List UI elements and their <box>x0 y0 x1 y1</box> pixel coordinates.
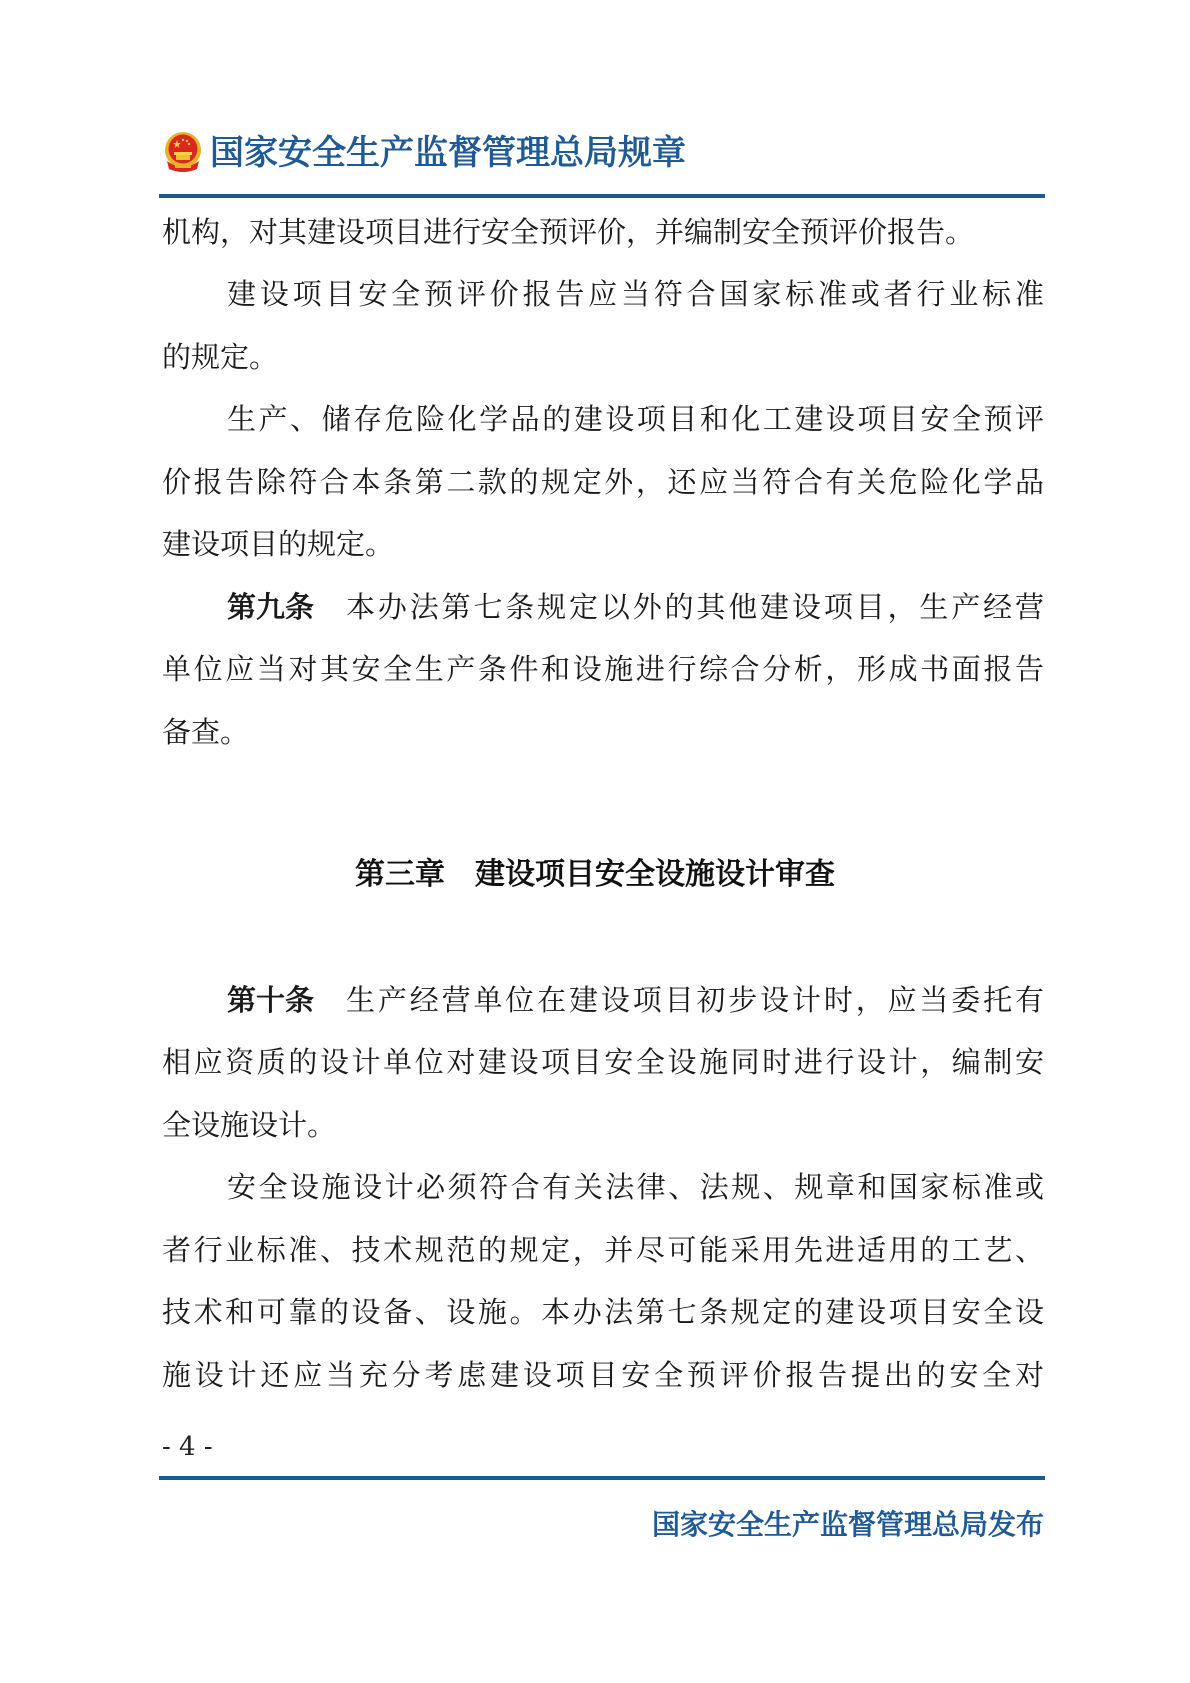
text-line: 单位应当对其安全生产条件和设施进行综合分析，形成书面报告 <box>162 651 1044 687</box>
footer-rule <box>159 1476 1045 1480</box>
text-line: 生产、储存危险化学品的建设项目和化工建设项目安全预评 <box>227 401 1044 437</box>
header-title: 国家安全生产监督管理总局规章 <box>210 133 686 173</box>
footer-publisher: 国家安全生产监督管理总局发布 <box>652 1507 1044 1543</box>
text-line: 生产经营单位在建设项目初步设计时，应当委托有 <box>346 982 1044 1018</box>
text-line: 相应资质的设计单位对建设项目安全设施同时进行设计，编制安 <box>162 1044 1044 1080</box>
text-line: 本办法第七条规定以外的其他建设项目，生产经营 <box>346 589 1044 625</box>
article-label: 第九条 <box>227 589 314 625</box>
text-line: 安全设施设计必须符合有关法律、法规、规章和国家标准或 <box>227 1169 1044 1205</box>
article-label: 第十条 <box>227 982 314 1018</box>
chapter-heading: 第三章 建设项目安全设施设计审查 <box>0 855 1190 895</box>
header-rule <box>159 194 1045 198</box>
article-10-first-line: 第十条 生产经营单位在建设项目初步设计时，应当委托有 <box>227 982 1044 1018</box>
text-line: 者行业标准、技术规范的规定，并尽可能采用先进适用的工艺、 <box>162 1232 1044 1268</box>
text-line: 备查。 <box>162 714 1044 750</box>
text-line: 全设施设计。 <box>162 1107 1044 1143</box>
text-line: 技术和可靠的设备、设施。本办法第七条规定的建设项目安全设 <box>162 1294 1044 1330</box>
text-line: 机构，对其建设项目进行安全预评价，并编制安全预评价报告。 <box>162 214 1044 250</box>
text-line: 的规定。 <box>162 339 1044 375</box>
article-9-first-line: 第九条 本办法第七条规定以外的其他建设项目，生产经营 <box>227 589 1044 625</box>
national-emblem-icon <box>163 131 203 173</box>
text-line: 建设项目的规定。 <box>162 526 1044 562</box>
page-number: - 4 - <box>162 1432 213 1462</box>
text-line: 价报告除符合本条第二款的规定外，还应当符合有关危险化学品 <box>162 464 1044 500</box>
text-line: 建设项目安全预评价报告应当符合国家标准或者行业标准 <box>227 276 1044 312</box>
text-line: 施设计还应当充分考虑建设项目安全预评价报告提出的安全对 <box>162 1357 1044 1393</box>
